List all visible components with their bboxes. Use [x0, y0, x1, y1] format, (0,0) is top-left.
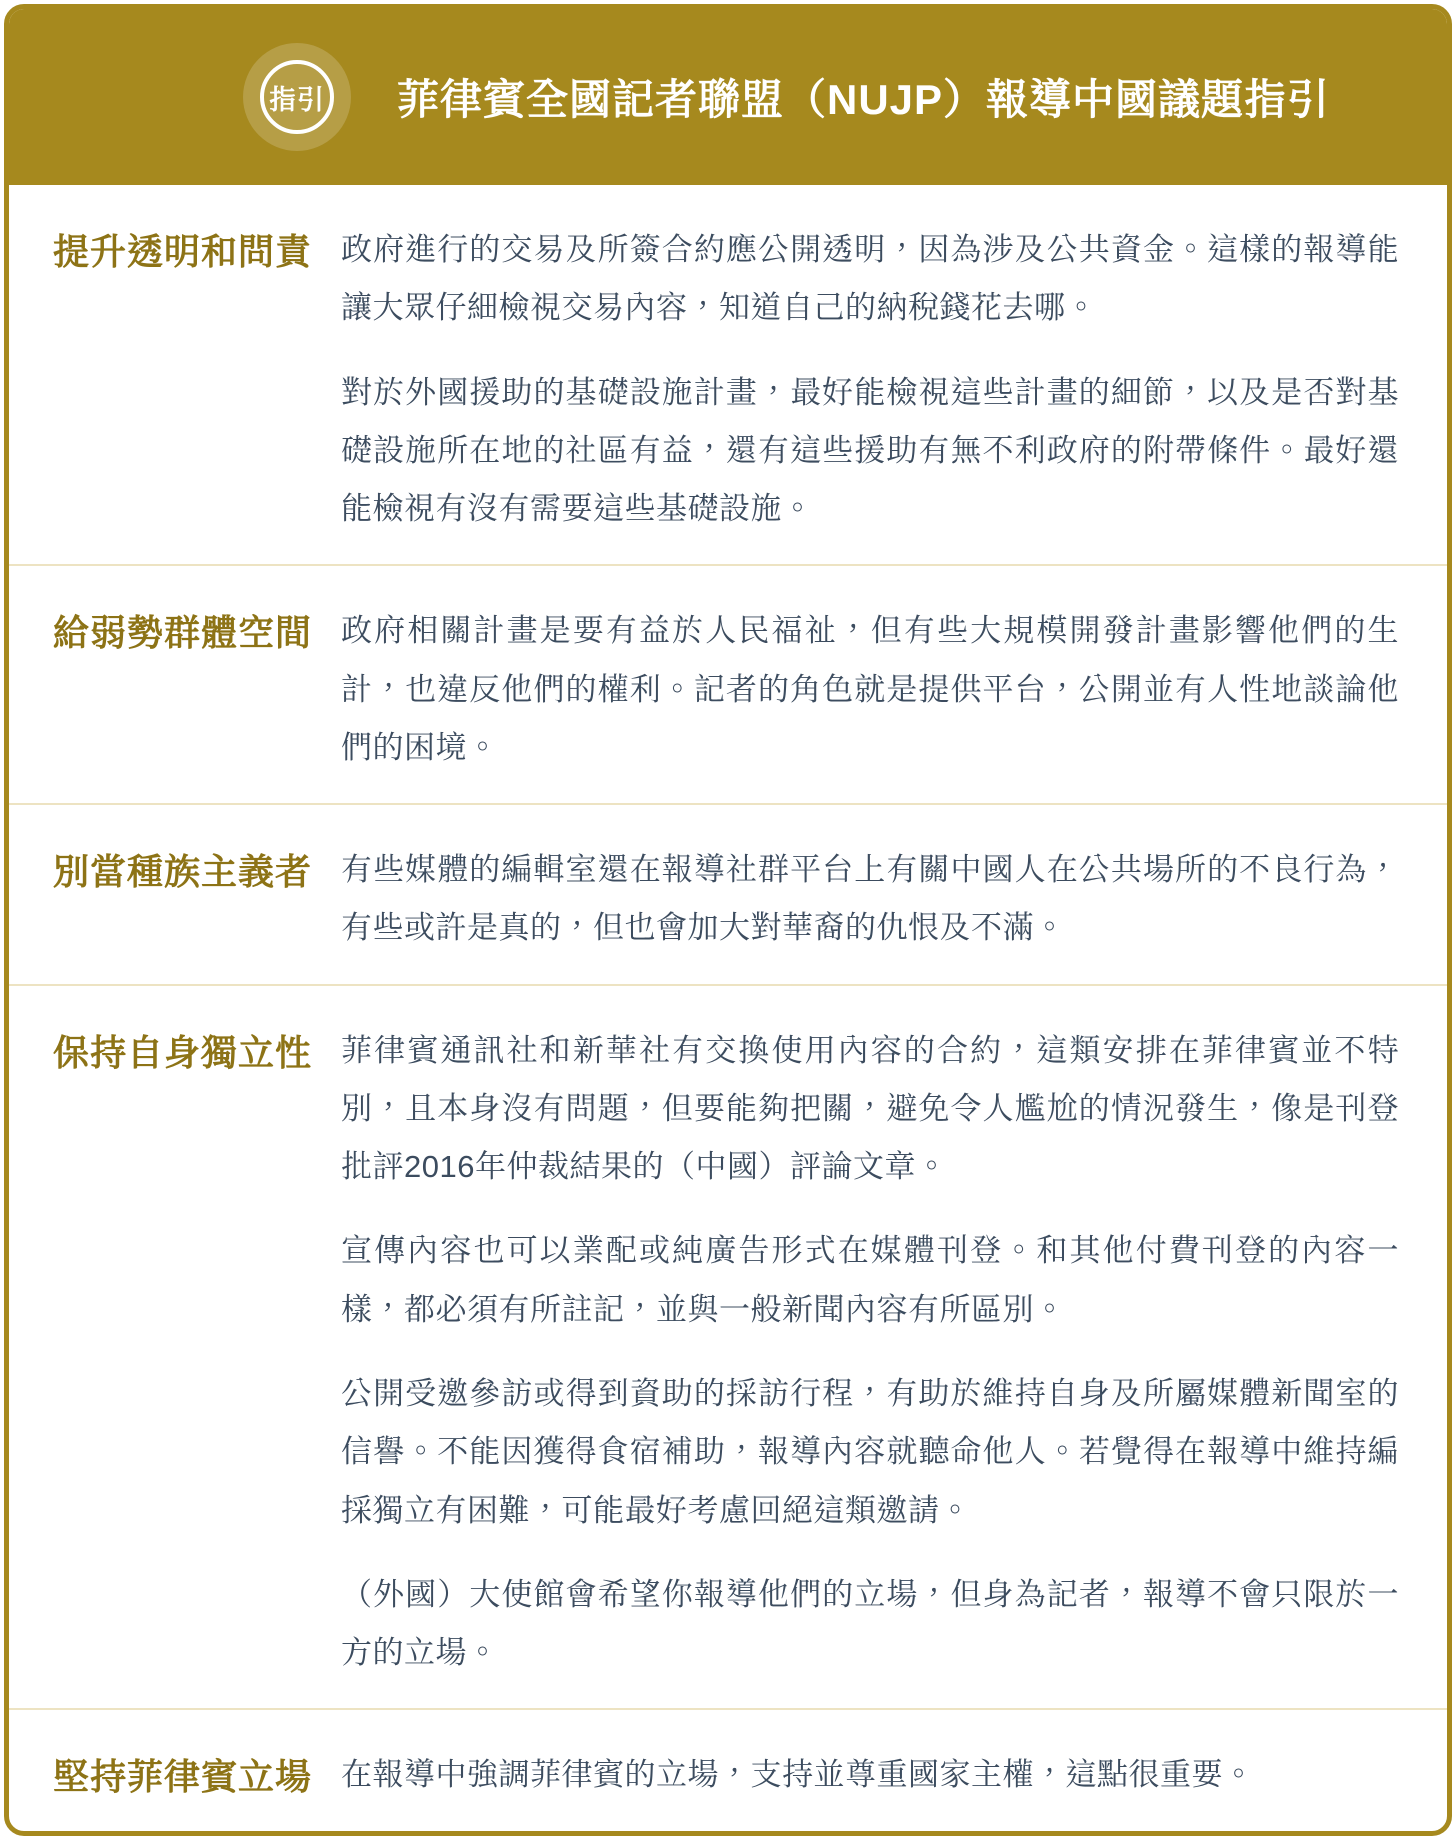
section-paragraph: 政府相關計畫是要有益於人民福祉，但有些大規模開發計畫影響他們的生計，也違反他們的… [341, 602, 1399, 777]
guideline-card: 指引 菲律賓全國記者聯盟（NUJP）報導中國議題指引 提升透明和問責 政府進行的… [4, 4, 1452, 1836]
badge-label: 指引 [269, 78, 325, 117]
section-paragraph: 政府進行的交易及所簽合約應公開透明，因為涉及公共資金。這樣的報導能讓大眾仔細檢視… [341, 221, 1399, 338]
guideline-section: 提升透明和問責 政府進行的交易及所簽合約應公開透明，因為涉及公共資金。這樣的報導… [9, 185, 1447, 564]
section-heading: 堅持菲律賓立場 [53, 1750, 341, 1804]
guideline-section: 給弱勢群體空間 政府相關計畫是要有益於人民福祉，但有些大規模開發計畫影響他們的生… [9, 564, 1447, 803]
section-body: 政府進行的交易及所簽合約應公開透明，因為涉及公共資金。這樣的報導能讓大眾仔細檢視… [341, 221, 1399, 538]
section-body: 菲律賓通訊社和新華社有交換使用內容的合約，這類安排在菲律賓並不特別，且本身沒有問… [341, 1022, 1399, 1683]
guideline-section: 保持自身獨立性 菲律賓通訊社和新華社有交換使用內容的合約，這類安排在菲律賓並不特… [9, 984, 1447, 1709]
section-paragraph: 菲律賓通訊社和新華社有交換使用內容的合約，這類安排在菲律賓並不特別，且本身沒有問… [341, 1022, 1399, 1197]
section-body: 有些媒體的編輯室還在報導社群平台上有關中國人在公共場所的不良行為，有些或許是真的… [341, 841, 1399, 958]
section-heading: 給弱勢群體空間 [53, 606, 341, 660]
page-title: 菲律賓全國記者聯盟（NUJP）報導中國議題指引 [397, 67, 1330, 127]
section-paragraph: 在報導中強調菲律賓的立場，支持並尊重國家主權，這點很重要。 [341, 1746, 1399, 1804]
guideline-section: 堅持菲律賓立場 在報導中強調菲律賓的立場，支持並尊重國家主權，這點很重要。 [9, 1708, 1447, 1830]
header-bar: 指引 菲律賓全國記者聯盟（NUJP）報導中國議題指引 [9, 9, 1447, 185]
section-paragraph: 公開受邀參訪或得到資助的採訪行程，有助於維持自身及所屬媒體新聞室的信譽。不能因獲… [341, 1365, 1399, 1540]
section-heading: 別當種族主義者 [53, 845, 341, 899]
section-paragraph: （外國）大使館會希望你報導他們的立場，但身為記者，報導不會只限於一方的立場。 [341, 1566, 1399, 1683]
sections-list: 提升透明和問責 政府進行的交易及所簽合約應公開透明，因為涉及公共資金。這樣的報導… [9, 185, 1447, 1831]
section-paragraph: 宣傳內容也可以業配或純廣告形式在媒體刊登。和其他付費刊登的內容一樣，都必須有所註… [341, 1222, 1399, 1339]
section-paragraph: 對於外國援助的基礎設施計畫，最好能檢視這些計畫的細節，以及是否對基礎設施所在地的… [341, 364, 1399, 539]
guide-badge-icon: 指引 [260, 60, 334, 134]
section-heading: 保持自身獨立性 [53, 1026, 341, 1080]
section-body: 在報導中強調菲律賓的立場，支持並尊重國家主權，這點很重要。 [341, 1746, 1399, 1804]
guideline-section: 別當種族主義者 有些媒體的編輯室還在報導社群平台上有關中國人在公共場所的不良行為… [9, 803, 1447, 984]
section-heading: 提升透明和問責 [53, 225, 341, 279]
section-body: 政府相關計畫是要有益於人民福祉，但有些大規模開發計畫影響他們的生計，也違反他們的… [341, 602, 1399, 777]
badge-halo: 指引 [243, 43, 351, 151]
section-paragraph: 有些媒體的編輯室還在報導社群平台上有關中國人在公共場所的不良行為，有些或許是真的… [341, 841, 1399, 958]
